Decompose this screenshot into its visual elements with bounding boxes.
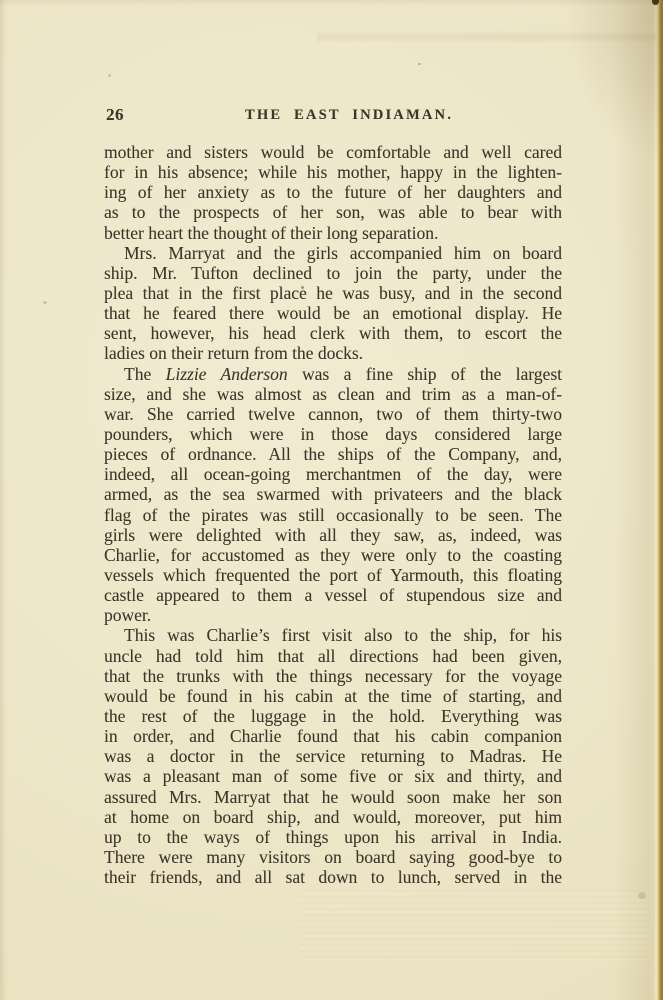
- text-line: pieces of ordnance. All the ships of the…: [104, 444, 562, 464]
- text-line: their friends, and all sat down to lunch…: [104, 867, 562, 887]
- text-line: Charlie, for accustomed as they were onl…: [104, 545, 562, 565]
- running-title: THE EAST INDIAMAN.: [245, 107, 453, 124]
- text-line: indeed, all ocean-going merchantmen of t…: [104, 464, 562, 484]
- paper-speck: [43, 301, 47, 304]
- text-line: ing of her anxiety as to the future of h…: [104, 182, 562, 202]
- text-line: This was Charlie’s first visit also to t…: [104, 625, 562, 645]
- paragraph: Mrs. Marryat and the girls accompanied h…: [104, 243, 562, 364]
- paper-speck: [638, 892, 646, 899]
- text-line: vessels which frequented the port of Yar…: [104, 565, 562, 585]
- text-line: armed, as the sea swarmed with privateer…: [104, 484, 562, 504]
- text-block: mother and sisters would be comfortable …: [104, 142, 562, 887]
- text-line: the rest of the luggage in the hold. Eve…: [104, 706, 562, 726]
- text-line: pounders, which were in those days consi…: [104, 424, 562, 444]
- page-corner-shadow: [568, 0, 663, 160]
- page-top-crease: [317, 30, 657, 44]
- page-top-edge-shading: [0, 0, 663, 6]
- paper-speck: [108, 74, 111, 77]
- text-line: ladies on their return from the docks.: [104, 343, 562, 363]
- book-page-scan: 26 THE EAST INDIAMAN. mother and sisters…: [0, 0, 663, 1000]
- text-line: flag of the pirates was still occasional…: [104, 505, 562, 525]
- text-line: mother and sisters would be comfortable …: [104, 142, 562, 162]
- text-line: better heart the thought of their long s…: [104, 223, 562, 243]
- text-line: up to the ways of things upon his arriva…: [104, 827, 562, 847]
- text-line: sent, however, his head clerk with them,…: [104, 323, 562, 343]
- paper-texture-streaks: [300, 890, 649, 960]
- paragraph: mother and sisters would be comfortable …: [104, 142, 562, 243]
- text-line: plea that in the first place he was busy…: [104, 283, 562, 303]
- text-segment: The: [124, 364, 166, 384]
- text-line: The Lizzie Anderson was a fine ship of t…: [104, 364, 562, 384]
- text-line: as to the prospects of her son, was able…: [104, 202, 562, 222]
- text-line: assured Mrs. Marryat that he would soon …: [104, 787, 562, 807]
- text-line: power.: [104, 605, 562, 625]
- page-header: 26 THE EAST INDIAMAN.: [104, 104, 562, 128]
- text-line: ship. Mr. Tufton declined to join the pa…: [104, 263, 562, 283]
- paper-speck: [418, 63, 421, 65]
- text-line: for in his absence; while his mother, ha…: [104, 162, 562, 182]
- text-line: that the trunks with the things necessar…: [104, 666, 562, 686]
- page-number: 26: [106, 105, 124, 125]
- paragraph: This was Charlie’s first visit also to t…: [104, 625, 562, 887]
- text-line: that he feared there would be an emotion…: [104, 303, 562, 323]
- text-line: was a doctor in the service returning to…: [104, 746, 562, 766]
- text-line: There were many visitors on board saying…: [104, 847, 562, 867]
- text-line: Mrs. Marryat and the girls accompanied h…: [104, 243, 562, 263]
- text-line: at home on board ship, and would, moreov…: [104, 807, 562, 827]
- text-line: size, and she was almost as clean and tr…: [104, 384, 562, 404]
- text-line: castle appeared to them a vessel of stup…: [104, 585, 562, 605]
- paragraph: The Lizzie Anderson was a fine ship of t…: [104, 364, 562, 626]
- text-line: in order, and Charlie found that his cab…: [104, 726, 562, 746]
- text-segment: was a fine ship of the largest: [288, 364, 562, 384]
- text-line: girls were delighted with all they saw, …: [104, 525, 562, 545]
- text-line: would be found in his cabin at the time …: [104, 686, 562, 706]
- text-line: uncle had told him that all directions h…: [104, 646, 562, 666]
- text-line: war. She carried twelve cannon, two of t…: [104, 404, 562, 424]
- ship-name-italic: Lizzie Anderson: [166, 364, 288, 384]
- page-left-edge-shading: [0, 0, 7, 1000]
- text-line: was a pleasant man of some five or six a…: [104, 766, 562, 786]
